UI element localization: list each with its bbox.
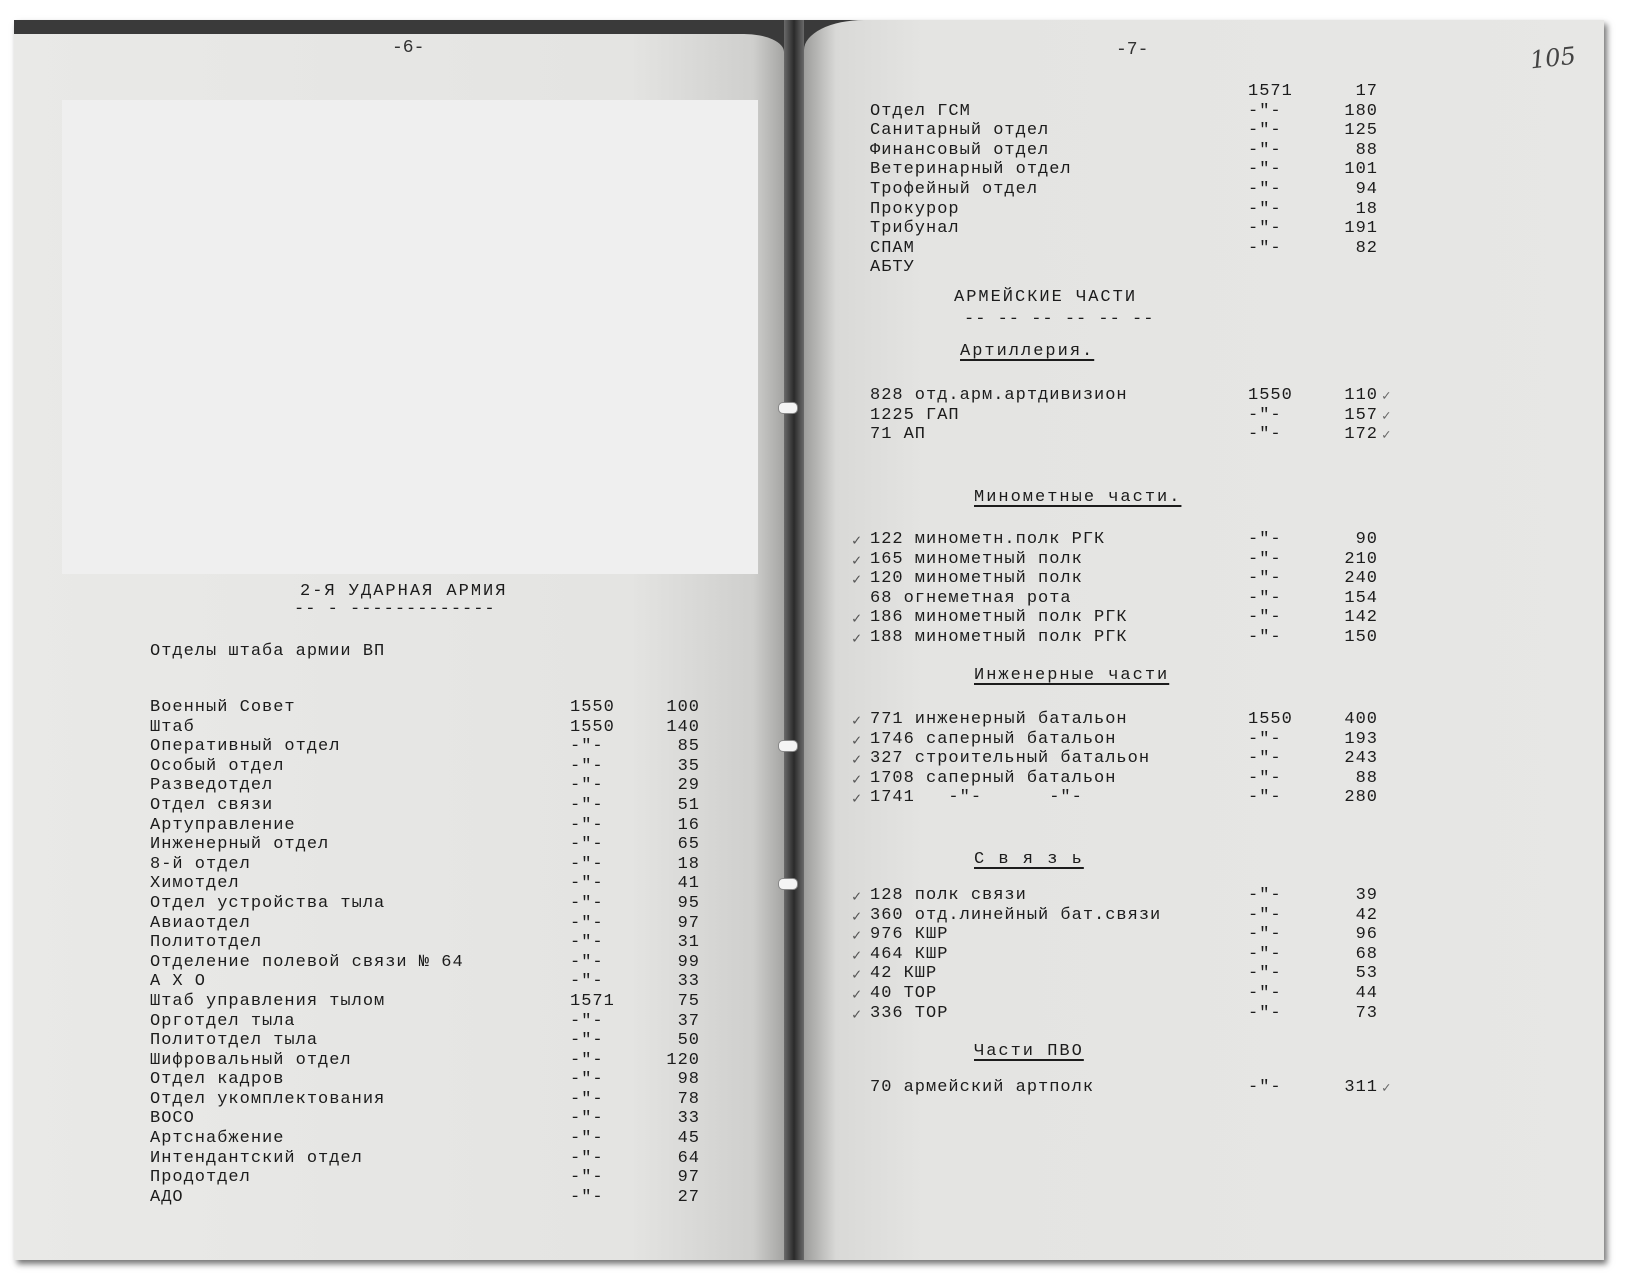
unit-count: 78: [650, 1090, 700, 1109]
unit-count: 280: [1328, 788, 1378, 807]
unit-name: Отделение полевой связи № 64: [150, 953, 464, 972]
unit-code: 1571: [1248, 82, 1293, 101]
unit-count: 150: [1328, 628, 1378, 647]
checkmark-icon: ✓: [1382, 1080, 1391, 1097]
unit-code: -"-: [570, 835, 604, 854]
unit-name: Химотдел: [150, 874, 240, 893]
checkmark-icon: ✓: [852, 985, 862, 1004]
unit-code: -"-: [1248, 406, 1282, 425]
table-row: Прокурор-"-18: [870, 200, 1430, 220]
table-row: ✓976 КШР-"-96: [870, 925, 1490, 945]
unit-name: Трофейный отдел: [870, 180, 1038, 199]
unit-count: 97: [650, 1168, 700, 1187]
unit-name: ВОСО: [150, 1109, 195, 1128]
unit-name: 122 минометн.полк РГК: [870, 530, 1105, 549]
unit-name: 71 АП: [870, 425, 926, 444]
unit-count: 172: [1328, 425, 1378, 444]
unit-count: 68: [1328, 945, 1378, 964]
unit-code: -"-: [570, 972, 604, 991]
table-row: 68 огнеметная рота-"-154: [870, 589, 1490, 609]
unit-count: 110: [1328, 386, 1378, 405]
unit-count: 240: [1328, 569, 1378, 588]
checkmark-icon: ✓: [852, 711, 862, 730]
table-row: ✓188 минометный полк РГК-"-150: [870, 628, 1490, 648]
table-row: Орготдел тыла-"-37: [150, 1012, 750, 1032]
table-row: Отдел ГСМ-"-180: [870, 102, 1430, 122]
unit-name: Трибунал: [870, 219, 960, 238]
table-row: СПАМ-"-82: [870, 239, 1430, 259]
unit-count: 400: [1328, 710, 1378, 729]
table-row: Артуправление-"-16: [150, 816, 750, 836]
redacted-area: [62, 100, 758, 574]
checkmark-icon: ✓: [852, 750, 862, 769]
unit-count: 210: [1328, 550, 1378, 569]
checkmark-icon: ✓: [852, 789, 862, 808]
unit-count: 33: [650, 972, 700, 991]
scanned-document: -6- 2-Я УДАРНАЯ АРМИЯ -- - -------------…: [14, 20, 1604, 1260]
unit-code: -"-: [570, 1149, 604, 1168]
unit-name: Отдел связи: [150, 796, 273, 815]
unit-code: -"-: [570, 776, 604, 795]
unit-code: -"-: [570, 816, 604, 835]
unit-count: 18: [650, 855, 700, 874]
unit-code: -"-: [1248, 984, 1282, 1003]
checkmark-icon: ✓: [852, 609, 862, 628]
unit-code: -"-: [1248, 886, 1282, 905]
unit-count: 311: [1328, 1078, 1378, 1097]
table-row: ✓771 инженерный батальон1550400: [870, 710, 1490, 730]
unit-name: 771 инженерный батальон: [870, 710, 1128, 729]
table-row: Продотдел-"-97: [150, 1168, 750, 1188]
unit-count: 44: [1328, 984, 1378, 1003]
unit-code: -"-: [1248, 769, 1282, 788]
unit-count: 95: [650, 894, 700, 913]
unit-code: -"-: [1248, 964, 1282, 983]
unit-name: Отдел устройства тыла: [150, 894, 385, 913]
unit-count: 17: [1328, 82, 1378, 101]
army-units-title: АРМЕЙСКИЕ ЧАСТИ: [954, 288, 1137, 307]
unit-name: Орготдел тыла: [150, 1012, 296, 1031]
unit-code: -"-: [1248, 788, 1282, 807]
table-row: Политотдел-"-31: [150, 933, 750, 953]
unit-code: -"-: [1248, 1078, 1282, 1097]
section-table: ✓128 полк связи-"-39✓360 отд.линейный ба…: [870, 886, 1490, 1023]
table-row: Оперативный отдел-"-85: [150, 737, 750, 757]
unit-count: 51: [650, 796, 700, 815]
unit-name: Прокурор: [870, 200, 960, 219]
army-units-rule: -- -- -- -- -- --: [964, 310, 1154, 329]
table-row: Химотдел-"-41: [150, 874, 750, 894]
unit-count: 75: [650, 992, 700, 1011]
table-row: ВОСО-"-33: [150, 1109, 750, 1129]
unit-code: -"-: [570, 933, 604, 952]
unit-name: Инженерный отдел: [150, 835, 329, 854]
unit-name: Политотдел: [150, 933, 262, 952]
unit-name: 186 минометный полк РГК: [870, 608, 1128, 627]
table-row: ✓1746 саперный батальон-"-193: [870, 730, 1490, 750]
unit-name: 42 КШР: [870, 964, 937, 983]
unit-code: 1550: [570, 698, 615, 717]
unit-name: 188 минометный полк РГК: [870, 628, 1128, 647]
unit-code: -"-: [1248, 550, 1282, 569]
unit-code: -"-: [1248, 530, 1282, 549]
table-row: 157117: [870, 82, 1430, 102]
unit-name: Продотдел: [150, 1168, 251, 1187]
unit-code: -"-: [1248, 906, 1282, 925]
archive-folio-number: 105: [1529, 42, 1577, 75]
unit-count: 154: [1328, 589, 1378, 608]
unit-code: -"-: [1248, 200, 1282, 219]
unit-count: 27: [650, 1188, 700, 1207]
table-row: Штаб1550140: [150, 718, 750, 738]
unit-name: Штаб: [150, 718, 195, 737]
unit-count: 180: [1328, 102, 1378, 121]
unit-code: -"-: [1248, 730, 1282, 749]
unit-name: 360 отд.линейный бат.связи: [870, 906, 1161, 925]
unit-code: -"-: [570, 1051, 604, 1070]
unit-count: 88: [1328, 141, 1378, 160]
unit-code: 1571: [570, 992, 615, 1011]
table-row: Отдел устройства тыла-"-95: [150, 894, 750, 914]
unit-count: 100: [650, 698, 700, 717]
table-row: Артснабжение-"-45: [150, 1129, 750, 1149]
table-row: Отдел связи-"-51: [150, 796, 750, 816]
checkmark-icon: ✓: [1382, 388, 1391, 405]
section-heading: Минометные части.: [974, 488, 1181, 507]
unit-name: 40 ТОР: [870, 984, 937, 1003]
table-row: АБТУ: [870, 258, 1430, 278]
unit-count: 50: [650, 1031, 700, 1050]
section-subtitle: Отделы штаба армии ВП: [150, 642, 385, 662]
unit-name: Разведотдел: [150, 776, 273, 795]
unit-count: 45: [650, 1129, 700, 1148]
unit-name: Отдел кадров: [150, 1070, 284, 1089]
table-row: ✓165 минометный полк-"-210: [870, 550, 1490, 570]
checkmark-icon: ✓: [852, 570, 862, 589]
checkmark-icon: ✓: [852, 887, 862, 906]
unit-count: 18: [1328, 200, 1378, 219]
checkmark-icon: ✓: [852, 731, 862, 750]
binding-stitch: [778, 740, 798, 752]
table-row: ✓186 минометный полк РГК-"-142: [870, 608, 1490, 628]
unit-count: 65: [650, 835, 700, 854]
unit-count: 39: [1328, 886, 1378, 905]
unit-count: 42: [1328, 906, 1378, 925]
table-row: ✓42 КШР-"-53: [870, 964, 1490, 984]
unit-code: -"-: [570, 796, 604, 815]
unit-count: 98: [650, 1070, 700, 1089]
checkmark-icon: ✓: [852, 926, 862, 945]
unit-code: -"-: [1248, 589, 1282, 608]
unit-name: 1741 -"- -"-: [870, 788, 1083, 807]
unit-count: 33: [650, 1109, 700, 1128]
table-row: Военный Совет1550100: [150, 698, 750, 718]
unit-name: Санитарный отдел: [870, 121, 1049, 140]
unit-name: Политотдел тыла: [150, 1031, 318, 1050]
unit-code: -"-: [570, 1031, 604, 1050]
unit-code: -"-: [1248, 219, 1282, 238]
right-top-table: 157117Отдел ГСМ-"-180Санитарный отдел-"-…: [870, 82, 1430, 278]
table-row: Санитарный отдел-"-125: [870, 121, 1430, 141]
checkmark-icon: ✓: [852, 907, 862, 926]
left-table: Военный Совет1550100Штаб1550140Оперативн…: [150, 698, 750, 1207]
unit-count: 37: [650, 1012, 700, 1031]
table-row: Интендантский отдел-"-64: [150, 1149, 750, 1169]
unit-code: -"-: [1248, 102, 1282, 121]
title-rule: -- - -------------: [294, 600, 496, 619]
unit-count: 120: [650, 1051, 700, 1070]
table-row: 71 АП-"-172✓: [870, 425, 1490, 445]
table-row: Отделение полевой связи № 64-"-99: [150, 953, 750, 973]
army-title: 2-Я УДАРНАЯ АРМИЯ: [300, 582, 507, 601]
unit-code: -"-: [1248, 628, 1282, 647]
table-row: 8-й отдел-"-18: [150, 855, 750, 875]
unit-name: 165 минометный полк: [870, 550, 1083, 569]
table-row: 1225 ГАП-"-157✓: [870, 406, 1490, 426]
unit-code: -"-: [1248, 425, 1282, 444]
table-row: Шифровальный отдел-"-120: [150, 1051, 750, 1071]
table-row: Отдел укомплектования-"-78: [150, 1090, 750, 1110]
section-table: ✓771 инженерный батальон1550400✓1746 сап…: [870, 710, 1490, 808]
unit-name: АБТУ: [870, 258, 915, 277]
unit-name: 327 строительный батальон: [870, 749, 1150, 768]
unit-count: 191: [1328, 219, 1378, 238]
book-spine: [784, 20, 804, 1260]
unit-code: -"-: [1248, 141, 1282, 160]
unit-code: -"-: [1248, 180, 1282, 199]
checkmark-icon: ✓: [852, 770, 862, 789]
unit-count: 82: [1328, 239, 1378, 258]
section-heading: С в я з ь: [974, 850, 1084, 869]
unit-count: 90: [1328, 530, 1378, 549]
table-row: Трофейный отдел-"-94: [870, 180, 1430, 200]
unit-count: 157: [1328, 406, 1378, 425]
unit-count: 193: [1328, 730, 1378, 749]
unit-name: 8-й отдел: [150, 855, 251, 874]
table-row: ✓120 минометный полк-"-240: [870, 569, 1490, 589]
unit-count: 142: [1328, 608, 1378, 627]
table-row: АДО-"-27: [150, 1188, 750, 1208]
table-row: ✓40 ТОР-"-44: [870, 984, 1490, 1004]
unit-name: Артуправление: [150, 816, 296, 835]
table-row: Финансовый отдел-"-88: [870, 141, 1430, 161]
left-page: -6- 2-Я УДАРНАЯ АРМИЯ -- - -------------…: [14, 34, 784, 1260]
unit-code: -"-: [570, 855, 604, 874]
unit-name: Ветеринарный отдел: [870, 160, 1072, 179]
unit-code: -"-: [1248, 608, 1282, 627]
unit-name: 68 огнеметная рота: [870, 589, 1072, 608]
table-row: ✓122 минометн.полк РГК-"-90: [870, 530, 1490, 550]
unit-name: 828 отд.арм.артдивизион: [870, 386, 1128, 405]
unit-count: 41: [650, 874, 700, 893]
unit-name: Штаб управления тылом: [150, 992, 385, 1011]
unit-name: 976 КШР: [870, 925, 948, 944]
unit-code: -"-: [1248, 160, 1282, 179]
section-heading: Артиллерия.: [960, 342, 1094, 361]
unit-code: -"-: [570, 1090, 604, 1109]
unit-name: 1708 саперный батальон: [870, 769, 1116, 788]
table-row: ✓360 отд.линейный бат.связи-"-42: [870, 906, 1490, 926]
unit-code: -"-: [1248, 749, 1282, 768]
section-heading: Инженерные части: [974, 666, 1169, 685]
unit-name: АДО: [150, 1188, 184, 1207]
section-table: 70 армейский артполк-"-311✓: [870, 1078, 1490, 1098]
unit-name: 128 полк связи: [870, 886, 1027, 905]
unit-count: 101: [1328, 160, 1378, 179]
unit-code: -"-: [570, 757, 604, 776]
unit-name: А Х О: [150, 972, 206, 991]
checkmark-icon: ✓: [852, 629, 862, 648]
unit-name: Особый отдел: [150, 757, 284, 776]
checkmark-icon: ✓: [1382, 408, 1391, 425]
unit-code: -"-: [1248, 121, 1282, 140]
checkmark-icon: ✓: [852, 946, 862, 965]
unit-count: 85: [650, 737, 700, 756]
unit-count: 140: [650, 718, 700, 737]
table-row: А Х О-"-33: [150, 972, 750, 992]
table-row: Политотдел тыла-"-50: [150, 1031, 750, 1051]
unit-code: -"-: [1248, 239, 1282, 258]
table-row: Инженерный отдел-"-65: [150, 835, 750, 855]
unit-code: -"-: [570, 894, 604, 913]
unit-name: Военный Совет: [150, 698, 296, 717]
table-row: ✓1708 саперный батальон-"-88: [870, 769, 1490, 789]
unit-name: Интендантский отдел: [150, 1149, 363, 1168]
unit-count: 94: [1328, 180, 1378, 199]
table-row: Авиаотдел-"-97: [150, 914, 750, 934]
unit-count: 243: [1328, 749, 1378, 768]
unit-count: 96: [1328, 925, 1378, 944]
unit-count: 31: [650, 933, 700, 952]
table-row: Трибунал-"-191: [870, 219, 1430, 239]
unit-name: СПАМ: [870, 239, 915, 258]
section-heading: Части ПВО: [974, 1042, 1084, 1061]
unit-code: -"-: [570, 1109, 604, 1128]
right-page: -7- 105 157117Отдел ГСМ-"-180Санитарный …: [804, 20, 1604, 1260]
section-table: 828 отд.арм.артдивизион1550110✓1225 ГАП-…: [870, 386, 1490, 445]
unit-name: Отдел ГСМ: [870, 102, 971, 121]
binding-stitch: [778, 402, 798, 414]
unit-count: 16: [650, 816, 700, 835]
checkmark-icon: ✓: [1382, 427, 1391, 444]
binding-stitch: [778, 878, 798, 890]
table-row: ✓336 ТОР-"-73: [870, 1004, 1490, 1024]
unit-count: 35: [650, 757, 700, 776]
unit-count: 99: [650, 953, 700, 972]
unit-name: 464 КШР: [870, 945, 948, 964]
unit-count: 53: [1328, 964, 1378, 983]
table-row: 70 армейский артполк-"-311✓: [870, 1078, 1490, 1098]
unit-code: -"-: [570, 1129, 604, 1148]
unit-code: -"-: [570, 953, 604, 972]
unit-name: Авиаотдел: [150, 914, 251, 933]
table-row: ✓128 полк связи-"-39: [870, 886, 1490, 906]
unit-code: -"-: [570, 874, 604, 893]
checkmark-icon: ✓: [852, 965, 862, 984]
unit-count: 97: [650, 914, 700, 933]
unit-name: Оперативный отдел: [150, 737, 340, 756]
unit-name: Отдел укомплектования: [150, 1090, 385, 1109]
unit-count: 88: [1328, 769, 1378, 788]
table-row: ✓1741 -"- -"--"-280: [870, 788, 1490, 808]
unit-name: Шифровальный отдел: [150, 1051, 352, 1070]
unit-code: -"-: [570, 1012, 604, 1031]
unit-code: -"-: [570, 1188, 604, 1207]
unit-name: 336 ТОР: [870, 1004, 948, 1023]
table-row: 828 отд.арм.артдивизион1550110✓: [870, 386, 1490, 406]
unit-count: 29: [650, 776, 700, 795]
unit-name: 120 минометный полк: [870, 569, 1083, 588]
unit-code: -"-: [1248, 945, 1282, 964]
unit-name: 1225 ГАП: [870, 406, 960, 425]
unit-code: -"-: [1248, 925, 1282, 944]
checkmark-icon: ✓: [852, 531, 862, 550]
page-number: -7-: [1116, 40, 1148, 60]
table-row: Отдел кадров-"-98: [150, 1070, 750, 1090]
unit-count: 73: [1328, 1004, 1378, 1023]
checkmark-icon: ✓: [852, 1005, 862, 1024]
unit-code: -"-: [570, 1070, 604, 1089]
unit-count: 64: [650, 1149, 700, 1168]
table-row: Разведотдел-"-29: [150, 776, 750, 796]
unit-name: 1746 саперный батальон: [870, 730, 1116, 749]
unit-code: -"-: [570, 914, 604, 933]
unit-name: Артснабжение: [150, 1129, 284, 1148]
unit-code: 1550: [1248, 386, 1293, 405]
unit-code: -"-: [1248, 569, 1282, 588]
unit-count: 125: [1328, 121, 1378, 140]
table-row: ✓327 строительный батальон-"-243: [870, 749, 1490, 769]
unit-code: 1550: [1248, 710, 1293, 729]
checkmark-icon: ✓: [852, 551, 862, 570]
unit-name: Финансовый отдел: [870, 141, 1049, 160]
page-number: -6-: [392, 38, 424, 58]
table-row: Ветеринарный отдел-"-101: [870, 160, 1430, 180]
table-row: Особый отдел-"-35: [150, 757, 750, 777]
unit-code: -"-: [570, 737, 604, 756]
unit-code: 1550: [570, 718, 615, 737]
unit-code: -"-: [570, 1168, 604, 1187]
unit-code: -"-: [1248, 1004, 1282, 1023]
section-table: ✓122 минометн.полк РГК-"-90✓165 минометн…: [870, 530, 1490, 648]
unit-name: 70 армейский артполк: [870, 1078, 1094, 1097]
table-row: ✓464 КШР-"-68: [870, 945, 1490, 965]
table-row: Штаб управления тылом157175: [150, 992, 750, 1012]
